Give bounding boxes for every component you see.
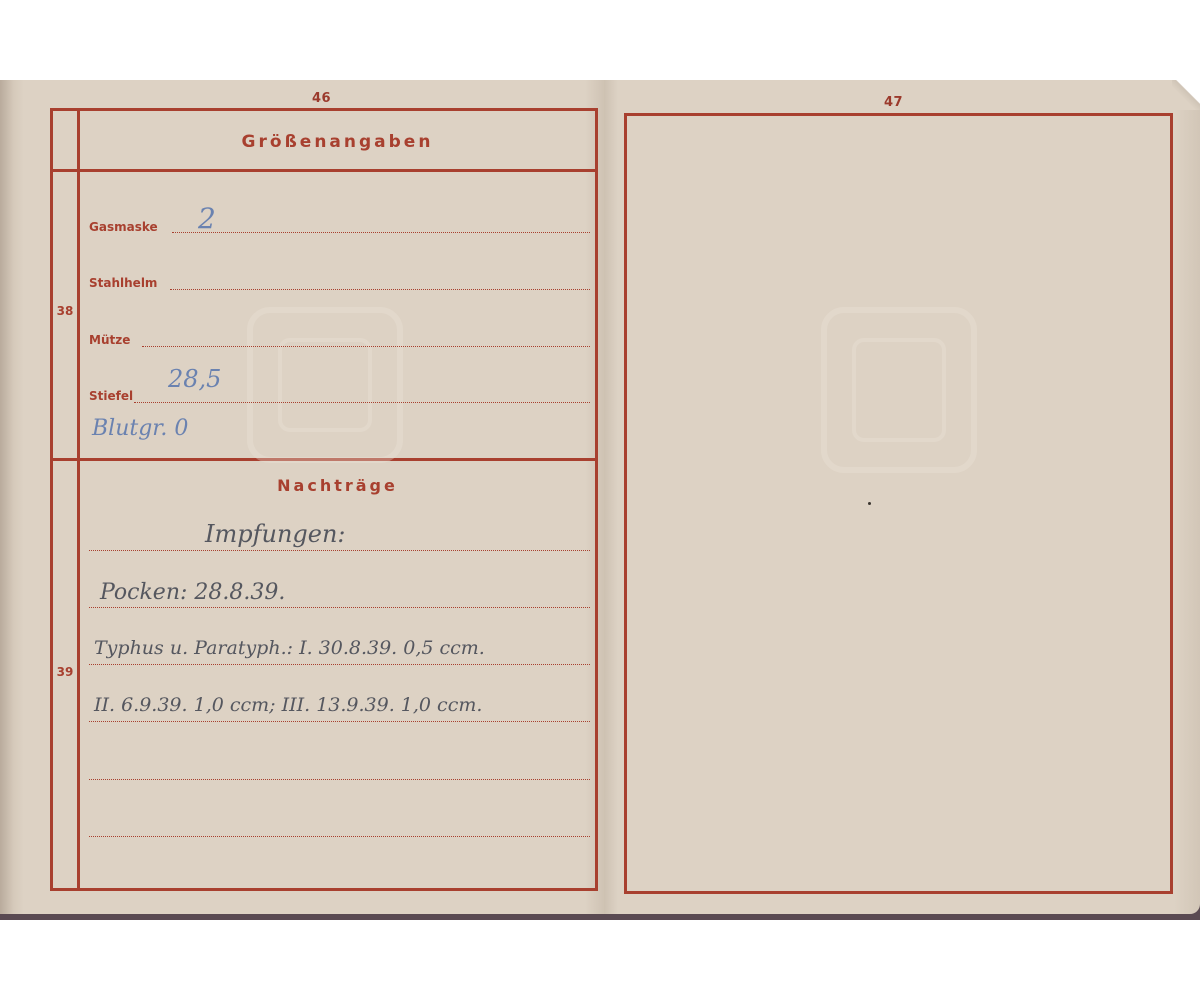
field-line-gasmaske (172, 232, 590, 233)
field-line-muetze (142, 346, 590, 347)
header-title: Größenangaben (80, 132, 595, 152)
field-line-stahlhelm (170, 289, 590, 290)
left-page: 46 Größenangaben 38 Gasmaske 2 Stahlhelm… (0, 80, 604, 914)
ruled-line-6 (89, 836, 590, 837)
ruled-line-5 (89, 779, 590, 780)
ruled-line-3 (89, 664, 590, 665)
ruled-line-2 (89, 607, 590, 608)
field-value-stiefel: 28,5 (168, 365, 221, 393)
handwritten-line-2: Pocken: 28.8.39. (100, 580, 285, 605)
field-label-muetze: Mütze (89, 333, 130, 347)
right-page-frame (624, 113, 1173, 894)
handwritten-line-3: Typhus u. Paratyph.: I. 30.8.39. 0,5 ccm… (94, 637, 485, 659)
section-number-39: 39 (52, 665, 78, 679)
page-number-left: 46 (312, 91, 331, 106)
page-corner-fold (1172, 80, 1200, 110)
number-column-divider (77, 108, 80, 891)
ruled-line-1 (89, 550, 590, 551)
field-label-gasmaske: Gasmaske (89, 220, 158, 234)
watermark-ornament-icon (240, 300, 410, 470)
right-page: 47 (604, 80, 1200, 914)
section-39-title: Nachträge (80, 476, 595, 495)
ruled-line-4 (89, 721, 590, 722)
field-line-stiefel (134, 402, 590, 403)
open-booklet: 46 Größenangaben 38 Gasmaske 2 Stahlhelm… (0, 80, 1200, 920)
field-label-stiefel: Stiefel (89, 389, 133, 403)
field-label-stahlhelm: Stahlhelm (89, 276, 157, 290)
handwritten-line-1: Impfungen: (205, 520, 346, 548)
page-number-right: 47 (884, 95, 903, 110)
blood-group-note: Blutgr. 0 (92, 416, 188, 441)
ink-speck (868, 502, 871, 505)
section-number-38: 38 (52, 304, 78, 318)
field-value-gasmaske: 2 (198, 202, 216, 235)
handwritten-line-4: II. 6.9.39. 1,0 ccm; III. 13.9.39. 1,0 c… (94, 694, 482, 716)
watermark-ornament-icon (814, 300, 984, 480)
header-divider (50, 169, 598, 172)
